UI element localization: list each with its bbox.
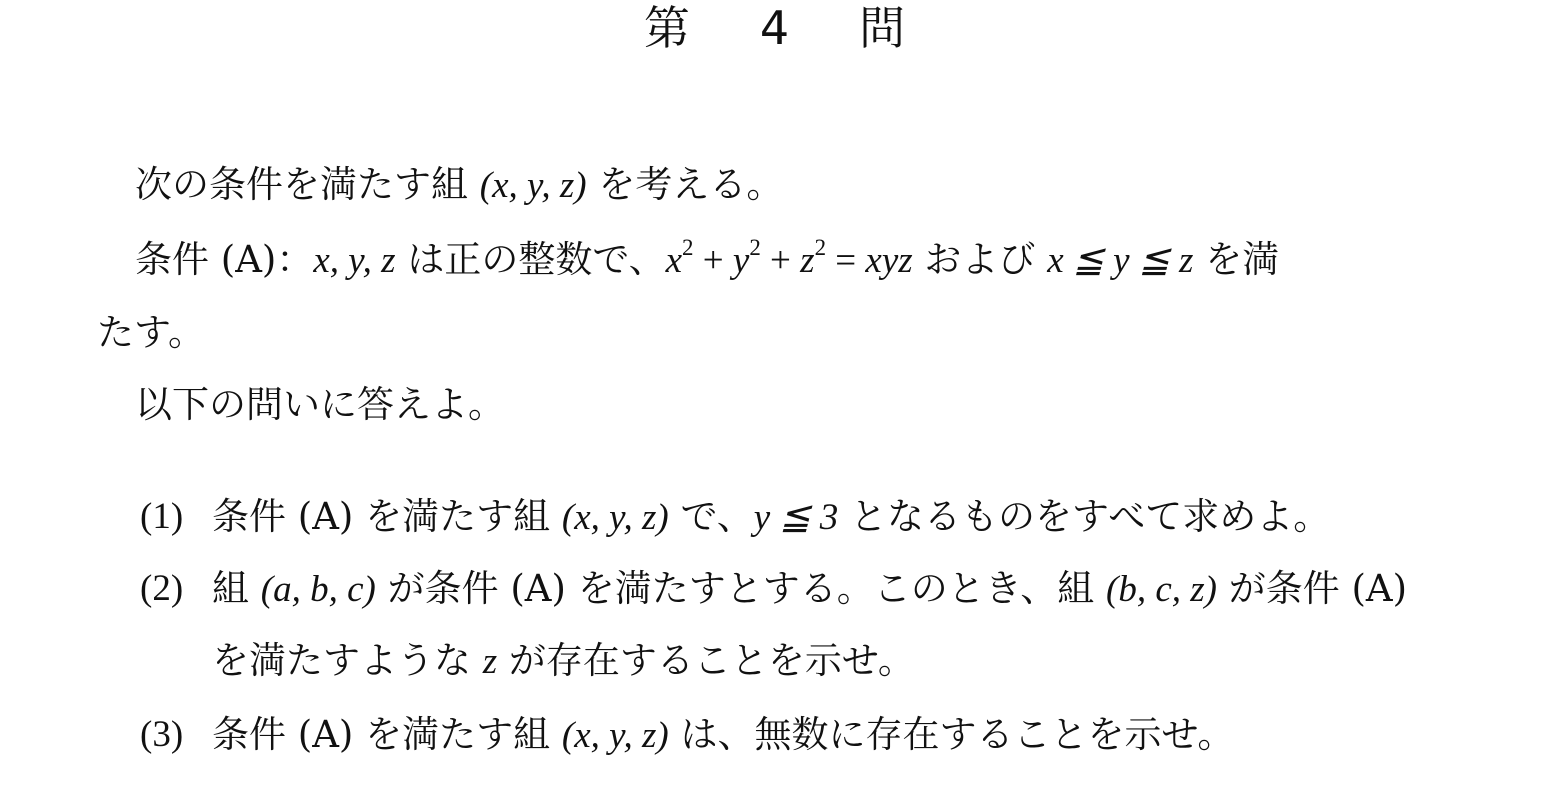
condition-label: 条件 (A)： <box>135 238 313 281</box>
question-text: は、無数に存在することを示せ。 <box>669 713 1235 756</box>
condition-text: たす。 <box>97 311 205 354</box>
title-dai: 第 <box>644 0 690 56</box>
tuple-abc: (a, b, c) <box>261 569 376 610</box>
tuple-bcz: (b, c, z) <box>1106 569 1217 610</box>
instruction: 以下の問いに答えよ。 <box>135 380 505 430</box>
question-number: (3) <box>140 710 183 760</box>
tuple-xyz: (x, y, z) <box>562 715 669 756</box>
question-text: で、 <box>669 495 754 538</box>
question-text: となるものをすべて求めよ。 <box>838 495 1330 538</box>
question-number: (1) <box>140 492 183 542</box>
inequality: y ≦ 3 <box>754 497 838 538</box>
problem-title: 第4問 <box>0 0 1549 56</box>
question-text: 組 <box>212 567 261 610</box>
question-text: 条件 (A) を満たす組 <box>212 713 562 756</box>
condition-line: 条件 (A)：x, y, z は正の整数で、x2 + y2 + z2 = xyz… <box>135 235 1279 286</box>
question-text: 条件 (A) を満たす組 <box>212 495 562 538</box>
instruction-text: 以下の問いに答えよ。 <box>135 383 505 426</box>
variable-z: z <box>483 641 497 682</box>
question-2: 組 (a, b, c) が条件 (A) を満たすとする。このとき、組 (b, c… <box>212 564 1407 615</box>
intro-text: を考える。 <box>587 163 784 206</box>
condition-text: および <box>913 238 1048 281</box>
condition-inequality: x ≦ y ≦ z <box>1047 240 1193 281</box>
condition-equation: x2 + y2 + z2 = xyz <box>666 240 913 281</box>
intro-line: 次の条件を満たす組 (x, y, z) を考える。 <box>135 160 783 211</box>
question-text: が存在することを示せ。 <box>497 639 915 682</box>
title-number: 4 <box>760 0 789 56</box>
tuple-xyz: (x, y, z) <box>562 497 669 538</box>
question-text: が条件 (A) <box>1217 567 1407 610</box>
question-1: 条件 (A) を満たす組 (x, y, z) で、y ≦ 3 となるものをすべて… <box>212 492 1330 543</box>
question-number: (2) <box>140 564 183 614</box>
condition-continuation: たす。 <box>97 308 205 358</box>
question-text: を満たすような <box>212 639 483 682</box>
tuple-xyz: (x, y, z) <box>480 165 587 206</box>
condition-vars: x, y, z <box>313 240 395 281</box>
question-2-continuation: を満たすような z が存在することを示せ。 <box>212 636 915 687</box>
condition-text: は正の整数で、 <box>396 238 666 281</box>
title-mon: 問 <box>859 0 905 56</box>
question-3: 条件 (A) を満たす組 (x, y, z) は、無数に存在することを示せ。 <box>212 710 1234 761</box>
question-text: が条件 (A) を満たすとする。このとき、組 <box>376 567 1106 610</box>
intro-text: 次の条件を満たす組 <box>135 163 480 206</box>
condition-text: を満 <box>1193 238 1279 281</box>
